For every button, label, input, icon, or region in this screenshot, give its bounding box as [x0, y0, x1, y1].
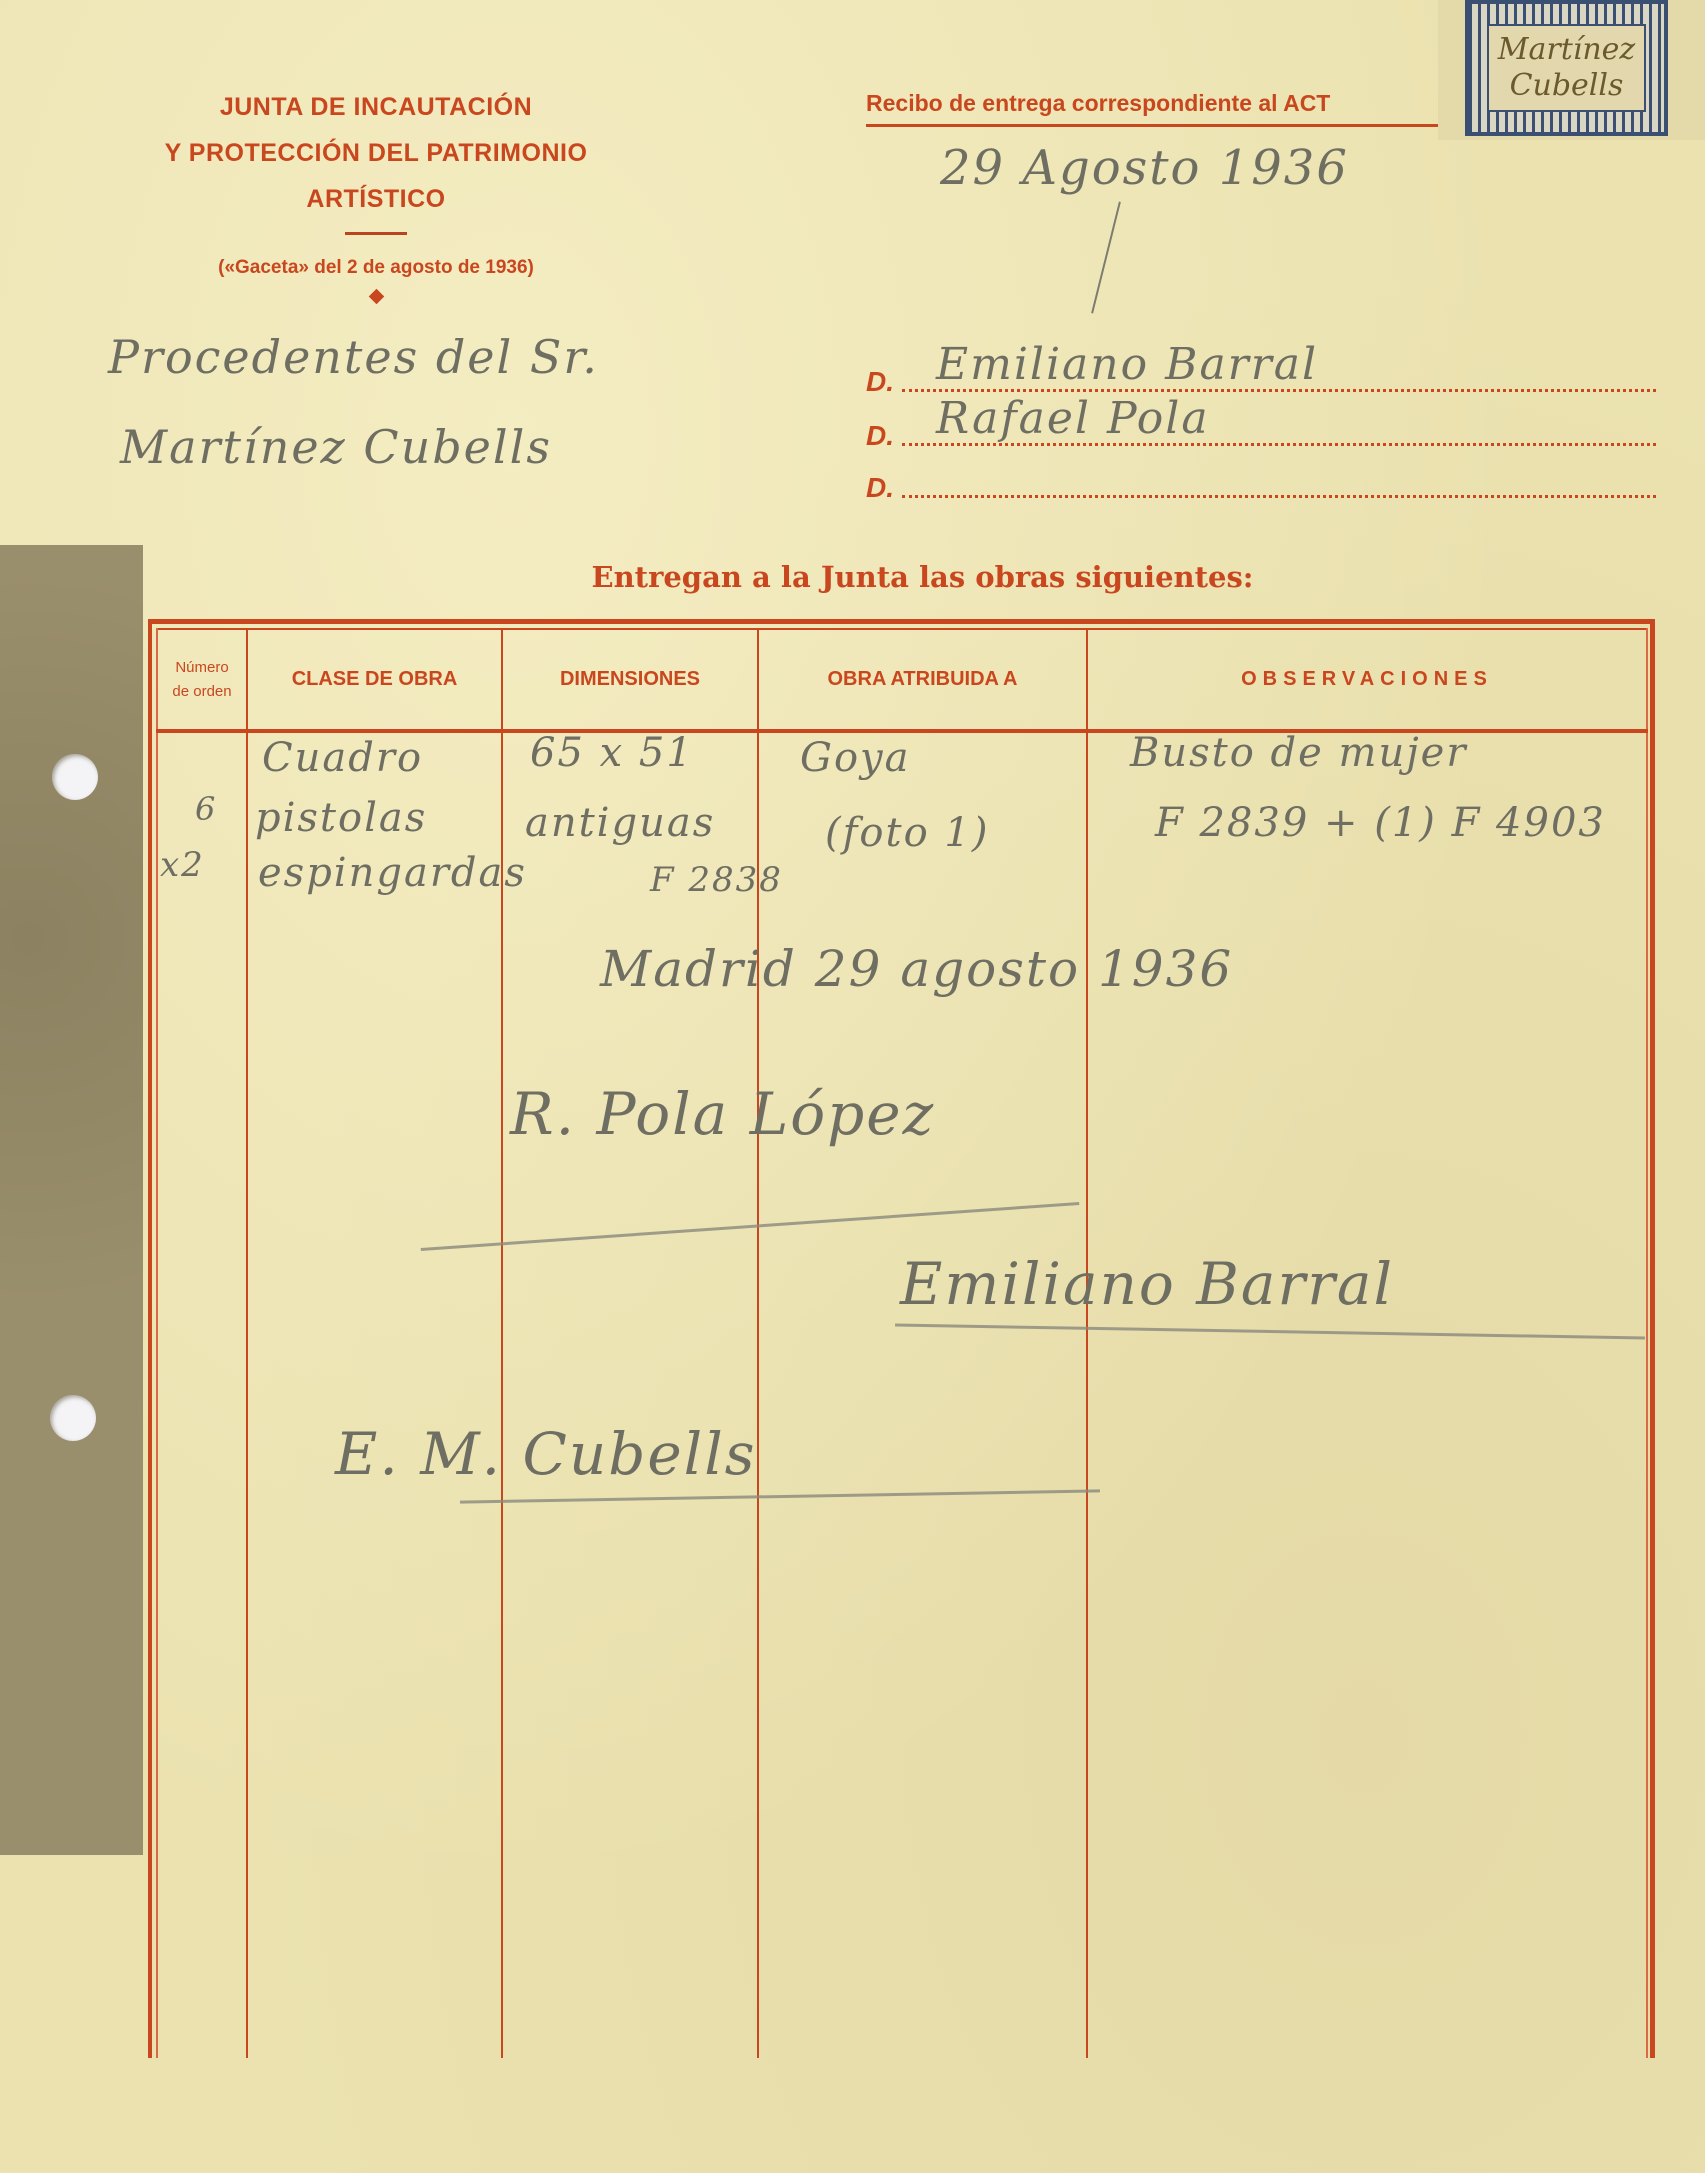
org-name-line-1: JUNTA DE INCAUTACIÓN: [100, 84, 652, 130]
punch-hole: [52, 754, 98, 800]
recipient-name: Rafael Pola: [936, 393, 1210, 444]
cell-numero: 6: [195, 790, 217, 828]
section-title-text: Entregan a la Junta las obras siguientes…: [591, 560, 1253, 594]
table-rule: [156, 628, 158, 2058]
gazette-reference: («Gaceta» del 2 de agosto de 1936): [100, 257, 652, 279]
recipient-row: D.: [866, 458, 1656, 498]
cell-atribuida: Goya: [800, 735, 910, 781]
column-header-observaciones: OBSERVACIONES: [1088, 630, 1646, 729]
diamond-ornament-icon: [368, 289, 384, 305]
column-divider: [246, 628, 248, 2058]
recipient-name: Emiliano Barral: [936, 339, 1318, 390]
stamp-line-2: Cubells: [1510, 68, 1624, 104]
cell-clase: Cuadro: [262, 735, 423, 781]
signature-cubells: E. M. Cubells: [335, 1420, 757, 1488]
provenance-line-2: Martínez Cubells: [120, 420, 552, 474]
recipient-label: D.: [866, 472, 894, 504]
organization-header: JUNTA DE INCAUTACIÓN Y PROTECCIÓN DEL PA…: [100, 84, 652, 302]
cell-dimensiones: 65 x 51: [530, 730, 694, 776]
column-header-clase: CLASE DE OBRA: [248, 630, 501, 729]
recipient-row: D. Emiliano Barral: [866, 352, 1656, 392]
column-header-dimensiones: DIMENSIONES: [503, 630, 757, 729]
closing-place-date: Madrid 29 agosto 1936: [600, 940, 1233, 998]
binder-strip: [0, 545, 143, 1855]
stamp-line-1: Martínez: [1498, 32, 1635, 68]
column-divider: [501, 628, 503, 2058]
column-header-atribuida: OBRA ATRIBUIDA A: [759, 630, 1086, 729]
cell-numero: x2: [160, 845, 205, 885]
recipient-row: D. Rafael Pola: [866, 406, 1656, 446]
signature-barral: Emiliano Barral: [900, 1250, 1394, 1318]
cell-observaciones: F 2839 + (1) F 4903: [1155, 800, 1606, 846]
dotted-line: [902, 495, 1656, 498]
table-rule: [1646, 628, 1648, 2058]
recipient-label: D.: [866, 420, 894, 452]
org-name-line-2: Y PROTECCIÓN DEL PATRIMONIO: [100, 130, 652, 176]
cell-dimensiones: antiguas: [525, 800, 715, 846]
section-title: Entregan a la Junta las obras siguientes…: [0, 560, 1705, 594]
column-divider: [1086, 628, 1088, 2058]
punch-hole: [50, 1395, 96, 1441]
receipt-title-underline: [866, 124, 1441, 127]
pencil-stroke: [1091, 201, 1121, 313]
org-name-line-3: ARTÍSTICO: [100, 176, 652, 222]
provenance-line-1: Procedentes del Sr.: [108, 330, 599, 384]
cell-observaciones: Busto de mujer: [1130, 730, 1467, 776]
receipt-title: Recibo de entrega correspondiente al ACT: [866, 90, 1330, 117]
column-divider: [757, 628, 759, 2058]
recipient-label: D.: [866, 366, 894, 398]
divider: [345, 232, 407, 235]
cell-atribuida: (foto 1): [825, 810, 989, 856]
column-header-line: Número: [172, 656, 231, 680]
column-header-line: de orden: [172, 680, 231, 704]
column-header-numero: Número de orden: [158, 630, 246, 729]
handwritten-date: 29 Agosto 1936: [940, 140, 1349, 196]
owner-stamp: Martínez Cubells: [1465, 0, 1668, 136]
cell-clase: espingardas: [258, 850, 527, 896]
cell-dimensiones: F 2838: [650, 860, 783, 900]
signature-pola: R. Pola López: [510, 1080, 935, 1148]
cell-clase: pistolas: [255, 795, 427, 841]
